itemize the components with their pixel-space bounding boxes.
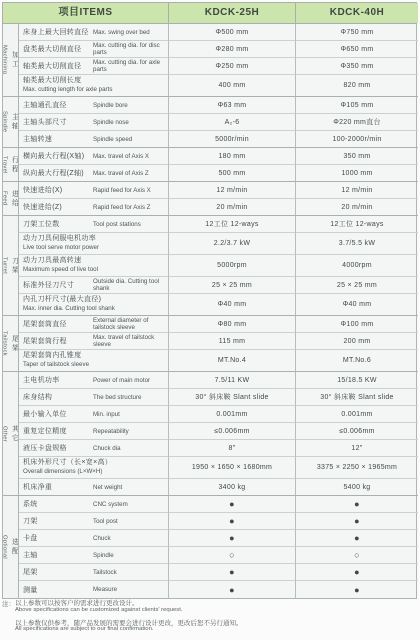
value-kdck-25h: 12 m/min [169,182,296,199]
item-name-en: Spindle speed [93,136,132,143]
value-kdck-40h: ○ [296,547,418,564]
note-2: 以上参数仅供参考，随产品发展的需要会进行设计更改，更改后恕不另行通知。 All … [15,620,414,634]
value-kdck-25h: Φ250 mm [169,58,296,75]
value-kdck-25h: 25 × 25 mm [169,277,296,294]
value-kdck-25h: ● [169,564,296,581]
footnotes: 注： 以上参数可以按客户的需求进行更改设计。 Above specificati… [2,600,414,639]
item-name-cn: 床身上最大回转直径 [23,27,89,37]
item-name-en: Max. travel of Axis X [93,153,149,160]
item-name-cn: 横向最大行程(X轴) [23,151,89,161]
item-name-en: Chuck dia [93,445,121,452]
spec-item: 刀架工位数Tool post stations [19,216,169,233]
item-name-cn: 主轴转速 [23,134,89,144]
value-kdck-25h: 12工位 12-ways [169,216,296,233]
item-name-cn: 尾架套筒直径 [23,319,89,329]
item-name-cn: 机床净重 [23,482,89,492]
value-kdck-40h: Φ220 mm直台 [296,114,418,131]
item-name-en: Min. input [93,411,120,418]
value-kdck-40h: 25 × 25 mm [296,277,418,294]
item-name-cn: 刀架 [23,516,89,526]
spec-item: 轴类最大切削长度Max. cutting length for axle par… [19,75,169,97]
value-kdck-40h: ● [296,530,418,547]
value-kdck-25h: 400 mm [169,75,296,97]
item-name-en: Tailstock [93,569,117,576]
item-name-en: Tool post stations [93,221,141,228]
section-name-cn: 选配 [10,538,20,556]
header-model-kdck-25h: KDCK-25H [169,3,296,23]
section-label-machining: 加工Machining [3,24,19,97]
value-kdck-40h: Φ650 mm [296,41,418,58]
item-name-en: Max. swing over bed [93,29,150,36]
value-kdck-40h: 0.001mm [296,406,418,423]
value-kdck-40h: 12 m/min [296,182,418,199]
section-name-en: Travel [3,156,8,174]
item-name-en: Spindle bore [93,102,128,109]
section-name-en: Spindle [3,111,8,132]
section-name-cn: 其它 [10,425,20,443]
spec-item: 主轴转速Spindle speed [19,131,169,148]
spec-item: 测量Measure [19,581,169,598]
value-kdck-40h: Φ350 mm [296,58,418,75]
spec-item: 主电机功率Power of main motor [19,372,169,389]
table-header-row: 项目ITEMS KDCK-25H KDCK-40H [2,2,417,24]
section-name-en: Optional [3,535,8,559]
value-kdck-40h: ≤0.006mm [296,423,418,440]
spec-item: 床身结构The bed structure [19,389,169,406]
item-name-cn: 内孔刀杆尺寸(最大直径) [23,296,101,305]
spec-item: 床身上最大回转直径Max. swing over bed [19,24,169,41]
item-name-cn: 轴类最大切削长度 [23,77,81,86]
item-name-cn: 标准外径刀尺寸 [23,280,89,290]
spec-item: 轴类最大切削直径Max. cutting dia. for axle parts [19,58,169,75]
value-kdck-40h: ● [296,496,418,513]
spec-item: 尾架套筒行程Max. travel of tailstock sleeve [19,333,169,350]
value-kdck-25h: 1950 × 1650 × 1680mm [169,457,296,479]
spec-item: 机床外形尺寸（长×宽×高）Overall dimensions (L×W×H) [19,457,169,479]
value-kdck-25h: 20 m/min [169,199,296,216]
spec-item: 盘类最大切削直径Max. cutting dia. for disc parts [19,41,169,58]
item-name-en: Spindle nose [93,119,129,126]
item-name-en: Max. cutting length for axle parts [23,86,112,94]
spec-item: 内孔刀杆尺寸(最大直径)Max. inner dia. Cutting tool… [19,294,169,316]
value-kdck-40h: 5400 kg [296,479,418,496]
section-name-en: Tailstock [3,331,8,356]
section-label-feed: 进给Feed [3,182,19,216]
item-name-en: CNC system [93,501,128,508]
value-kdck-25h: 0.001mm [169,406,296,423]
spec-item: 标准外径刀尺寸Outside dia. Cutting tool shank [19,277,169,294]
item-name-en: Max. cutting dia. for disc parts [93,42,166,56]
item-name-cn: 动力刀具最高转速 [23,257,81,266]
value-kdck-40h: 12工位 12-ways [296,216,418,233]
spec-item: 卡盘Chuck [19,530,169,547]
spec-item: 动力刀具伺服电机功率Live tool serve motor power [19,233,169,255]
item-name-cn: 重复定位精度 [23,426,89,436]
item-name-cn: 纵向最大行程(Z轴) [23,168,89,178]
value-kdck-25h: 2.2/3.7 kW [169,233,296,255]
value-kdck-40h: 100-2000r/min [296,131,418,148]
spec-item: 快速进给(Z)Rapid feed for Axis Z [19,199,169,216]
spec-item: 动力刀具最高转速Maximum speed of live tool [19,255,169,277]
note-2-en: All specifications are subject to our fi… [15,626,414,633]
section-name-cn: 加工 [10,51,20,69]
item-name-en: Taper of tailstock sleeve [23,361,89,369]
spec-item: 横向最大行程(X轴)Max. travel of Axis X [19,148,169,165]
value-kdck-25h: Φ63 mm [169,97,296,114]
spec-table: 项目ITEMS KDCK-25H KDCK-40H 加工Machining床身上… [2,2,417,599]
spec-table-body: 加工Machining床身上最大回转直径Max. swing over bedΦ… [2,24,417,599]
item-name-cn: 测量 [23,585,89,595]
value-kdck-40h: 820 mm [296,75,418,97]
value-kdck-40h: MT.No.6 [296,350,418,372]
item-name-en: Overall dimensions (L×W×H) [23,468,102,476]
item-name-en: Chuck [93,535,111,542]
value-kdck-40h: 20 m/min [296,199,418,216]
item-name-en: Net weight [93,484,122,491]
item-name-en: Max. travel of Axis Z [93,170,149,177]
spec-item: 快速进给(X)Rapid feed for Axis X [19,182,169,199]
item-name-cn: 盘类最大切削直径 [23,44,89,54]
section-label-travel: 行程Travel [3,148,19,182]
value-kdck-40h: 1000 mm [296,165,418,182]
section-label-tailstock: 尾架Tailstock [3,316,19,372]
spec-item: 尾架套筒直径External diameter of tailstock sle… [19,316,169,333]
value-kdck-25h: MT.No.4 [169,350,296,372]
header-model-kdck-40h: KDCK-40H [296,3,418,23]
value-kdck-25h: Φ40 mm [169,294,296,316]
item-name-cn: 主轴头部尺寸 [23,117,89,127]
value-kdck-25h: ○ [169,547,296,564]
item-name-cn: 主电机功率 [23,375,89,385]
value-kdck-25h: ● [169,496,296,513]
section-label-optional: 选配Optional [3,496,19,598]
value-kdck-40h: Φ105 mm [296,97,418,114]
value-kdck-25h: Φ500 mm [169,24,296,41]
spec-item: 尾架Tailstock [19,564,169,581]
section-name-cn: 进给 [10,190,20,208]
item-name-en: Rapid feed for Axis Z [93,204,150,211]
spec-item: 最小输入单位Min. input [19,406,169,423]
spec-item: 系统CNC system [19,496,169,513]
item-name-en: Live tool serve motor power [23,244,99,252]
section-name-cn: 主轴 [10,113,20,131]
item-name-en: The bed structure [93,394,142,401]
item-name-en: Outside dia. Cutting tool shank [93,278,166,292]
item-name-en: Maximum speed of live tool [23,266,98,274]
value-kdck-25h: 7.5/11 KW [169,372,296,389]
value-kdck-25h: 180 mm [169,148,296,165]
value-kdck-40h: 4000rpm [296,255,418,277]
value-kdck-25h: ● [169,530,296,547]
value-kdck-40h: Φ40 mm [296,294,418,316]
value-kdck-40h: ● [296,581,418,598]
item-name-en: Max. inner dia. Cutting tool shank [23,305,115,313]
item-name-cn: 尾架套筒内孔锥度 [23,352,81,361]
item-name-en: Rapid feed for Axis X [93,187,151,194]
value-kdck-40h: 200 mm [296,333,418,350]
section-name-cn: 行程 [10,156,20,174]
spec-item: 尾架套筒内孔锥度Taper of tailstock sleeve [19,350,169,372]
spec-item: 刀架Tool post [19,513,169,530]
value-kdck-25h: 5000r/min [169,131,296,148]
section-label-spindle: 主轴Spindle [3,97,19,148]
item-name-cn: 液压卡盘规格 [23,443,89,453]
item-name-en: Power of main motor [93,377,150,384]
item-name-en: Tool post [93,518,118,525]
value-kdck-25h: ≤0.006mm [169,423,296,440]
item-name-cn: 机床外形尺寸（长×宽×高） [23,459,112,468]
section-name-en: Turret [3,257,8,274]
value-kdck-25h: 30° 斜床鞍 Slant slide [169,389,296,406]
section-name-en: Feed [3,191,8,205]
section-name-en: Other [3,426,8,442]
item-name-en: External diameter of tailstock sleeve [93,317,166,331]
value-kdck-25h: 5000rpm [169,255,296,277]
value-kdck-25h: 115 mm [169,333,296,350]
value-kdck-40h: 30° 斜床鞍 Slant slide [296,389,418,406]
item-name-cn: 刀架工位数 [23,219,89,229]
header-items: 项目ITEMS [3,3,169,23]
spec-item: 重复定位精度Repeatability [19,423,169,440]
section-label-turret: 刀架Turret [3,216,19,316]
value-kdck-25h: Φ80 mm [169,316,296,333]
item-name-en: Measure [93,586,117,593]
value-kdck-25h: Φ280 mm [169,41,296,58]
item-name-cn: 系统 [23,499,89,509]
value-kdck-40h: 3.7/5.5 kW [296,233,418,255]
spec-item: 主轴Spindle [19,547,169,564]
section-name-cn: 尾架 [10,335,20,353]
item-name-en: Max. cutting dia. for axle parts [93,59,166,73]
note-1-en: Above specifications can be customized a… [15,607,414,614]
value-kdck-40h: 12" [296,440,418,457]
item-name-en: Repeatability [93,428,129,435]
value-kdck-25h: A₂-6 [169,114,296,131]
value-kdck-25h: 8" [169,440,296,457]
item-name-cn: 尾架 [23,567,89,577]
value-kdck-25h: ● [169,513,296,530]
value-kdck-25h: ● [169,581,296,598]
section-name-en: Machining [3,45,8,74]
item-name-cn: 主轴通孔直径 [23,100,89,110]
item-name-cn: 主轴 [23,550,89,560]
item-name-cn: 快速进给(Z) [23,202,89,212]
value-kdck-25h: 3400 kg [169,479,296,496]
value-kdck-40h: Φ100 mm [296,316,418,333]
value-kdck-40h: 350 mm [296,148,418,165]
value-kdck-40h: Φ750 mm [296,24,418,41]
spec-item: 主轴通孔直径Spindle bore [19,97,169,114]
item-name-cn: 卡盘 [23,533,89,543]
note-label: 注： [2,601,15,609]
section-label-other: 其它Other [3,372,19,496]
spec-item: 机床净重Net weight [19,479,169,496]
item-name-en: Spindle [93,552,114,559]
spec-item: 液压卡盘规格Chuck dia [19,440,169,457]
spec-item: 主轴头部尺寸Spindle nose [19,114,169,131]
value-kdck-40h: ● [296,513,418,530]
value-kdck-40h: 3375 × 2250 × 1965mm [296,457,418,479]
item-name-cn: 动力刀具伺服电机功率 [23,235,96,244]
note-1: 以上参数可以按客户的需求进行更改设计。 Above specifications… [15,600,414,614]
item-name-en: Max. travel of tailstock sleeve [93,334,166,348]
spec-item: 纵向最大行程(Z轴)Max. travel of Axis Z [19,165,169,182]
value-kdck-40h: 15/18.5 KW [296,372,418,389]
item-name-cn: 尾架套筒行程 [23,336,89,346]
item-name-cn: 床身结构 [23,392,89,402]
value-kdck-25h: 500 mm [169,165,296,182]
item-name-cn: 快速进给(X) [23,185,89,195]
value-kdck-40h: ● [296,564,418,581]
item-name-cn: 轴类最大切削直径 [23,61,89,71]
item-name-cn: 最小输入单位 [23,409,89,419]
section-name-cn: 刀架 [10,257,20,275]
